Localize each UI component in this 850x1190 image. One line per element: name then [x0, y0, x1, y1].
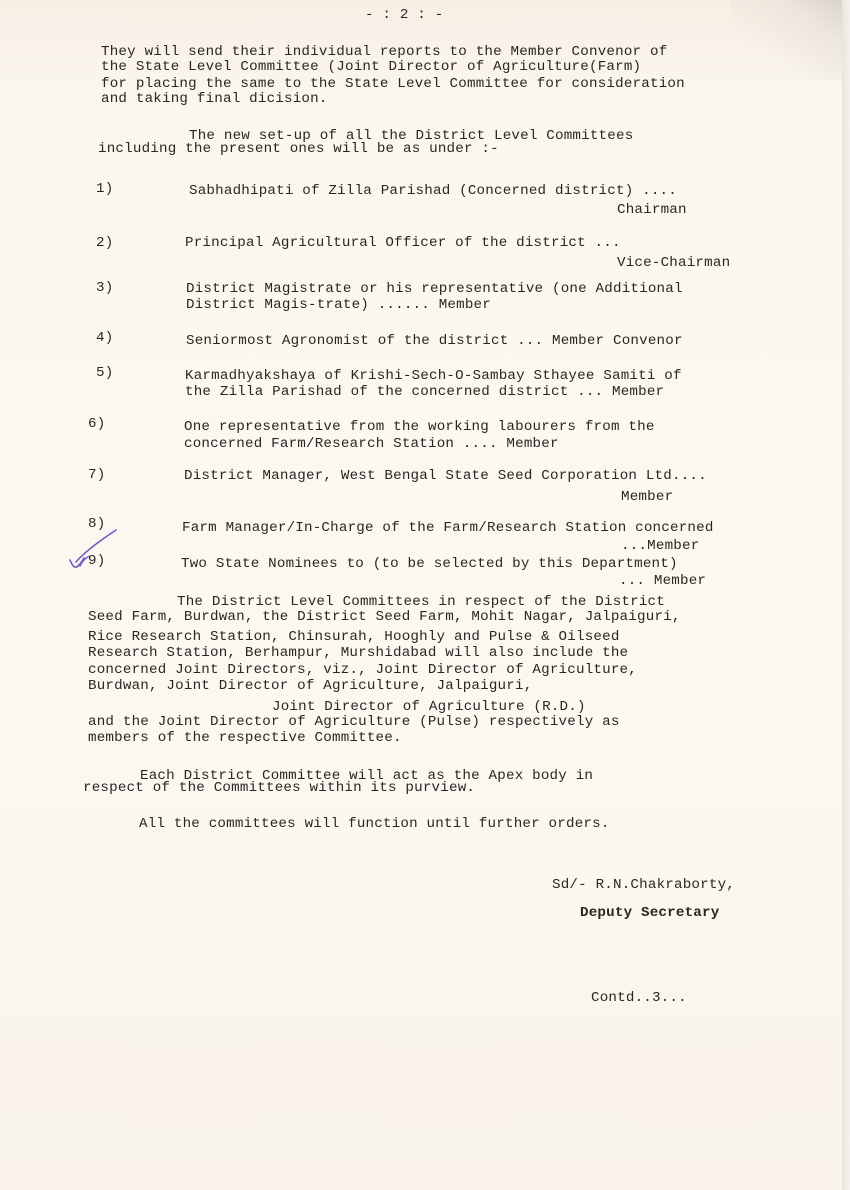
- continued-note: Contd..3...: [591, 991, 687, 1006]
- member-4-line-1: Seniormost Agronomist of the district ..…: [186, 334, 683, 349]
- member-1-role: Chairman: [617, 203, 687, 218]
- function-paragraph: All the committees will function until f…: [139, 817, 610, 832]
- member-2-line-1: Principal Agricultural Officer of the di…: [185, 236, 621, 251]
- member-1-line-1: Sabhadhipati of Zilla Parishad (Concerne…: [189, 184, 677, 199]
- member-5-line-1: Karmadhyakshaya of Krishi-Sech-O-Sambay …: [185, 369, 682, 384]
- tick-mark-icon: [66, 528, 126, 572]
- member-1-number: 1): [96, 182, 113, 197]
- member-6-number: 6): [88, 417, 105, 432]
- district-line-5: concerned Joint Directors, viz., Joint D…: [88, 663, 637, 678]
- district-line-2: Seed Farm, Burdwan, the District Seed Fa…: [88, 610, 681, 625]
- intro-line-2: the State Level Committee (Joint Directo…: [101, 60, 641, 75]
- member-2-role: Vice-Chairman: [617, 256, 730, 271]
- member-8-role: ...Member: [621, 539, 699, 554]
- member-5-number: 5): [96, 366, 113, 381]
- page-number: - : 2 : -: [365, 8, 443, 23]
- folded-corner: [730, 0, 850, 80]
- member-3-line-1: District Magistrate or his representativ…: [186, 282, 683, 297]
- member-2-number: 2): [96, 236, 113, 251]
- member-7-role: Member: [621, 490, 673, 505]
- district-line-4: Research Station, Berhampur, Murshidabad…: [88, 646, 628, 661]
- member-4-number: 4): [96, 331, 113, 346]
- intro-line-3: for placing the same to the State Level …: [101, 77, 685, 92]
- district-line-8: and the Joint Director of Agriculture (P…: [88, 715, 620, 730]
- member-7-line-1: District Manager, West Bengal State Seed…: [184, 469, 707, 484]
- district-line-3: Rice Research Station, Chinsurah, Hooghl…: [88, 630, 620, 645]
- intro-line-4: and taking final dicision.: [101, 92, 328, 107]
- member-6-line-1: One representative from the working labo…: [184, 420, 655, 435]
- member-3-line-2: District Magis-trate) ...... Member: [186, 298, 491, 313]
- member-9-line-1: Two State Nominees to (to be selected by…: [181, 557, 678, 572]
- member-9-role: ... Member: [619, 574, 706, 589]
- district-line-1: The District Level Committees in respect…: [177, 595, 665, 610]
- district-line-7: Joint Director of Agriculture (R.D.): [272, 700, 586, 715]
- intro-line-1: They will send their individual reports …: [101, 45, 667, 60]
- page-edge: [842, 0, 850, 1190]
- member-5-line-2: the Zilla Parishad of the concerned dist…: [185, 385, 664, 400]
- member-8-line-1: Farm Manager/In-Charge of the Farm/Resea…: [182, 521, 714, 536]
- member-7-number: 7): [88, 468, 105, 483]
- member-6-line-2: concerned Farm/Research Station .... Mem…: [184, 437, 559, 452]
- member-3-number: 3): [96, 281, 113, 296]
- district-line-9: members of the respective Committee.: [88, 731, 402, 746]
- signature-name: Sd/- R.N.Chakraborty,: [552, 878, 735, 893]
- signature-title: Deputy Secretary: [580, 906, 719, 921]
- district-line-6: Burdwan, Joint Director of Agriculture, …: [88, 679, 532, 694]
- apex-line-2: respect of the Committees within its pur…: [83, 781, 475, 796]
- setup-line-2: including the present ones will be as un…: [98, 142, 499, 157]
